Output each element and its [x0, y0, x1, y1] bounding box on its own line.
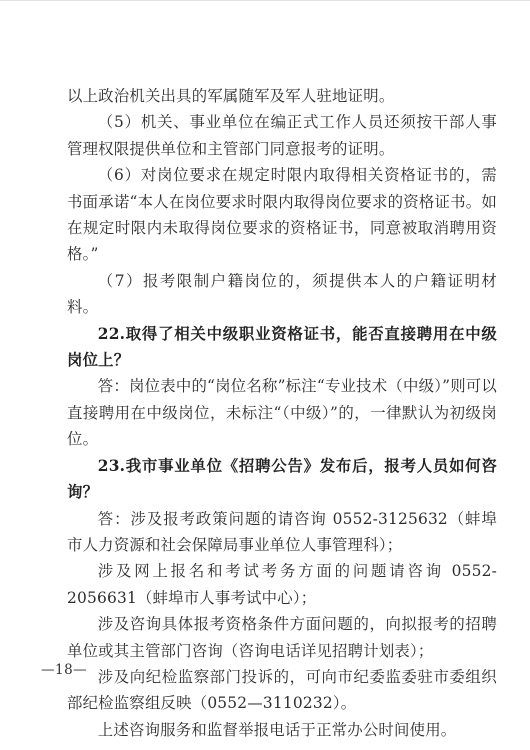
paragraph: 以上政治机关出具的军属随军及军人驻地证明。	[67, 83, 497, 109]
paragraph: 答：岗位表中的“岗位名称”标注“专业技术（中级）”则可以直接聘用在中级岗位，未标…	[67, 373, 497, 452]
paragraph: 上述咨询服务和监督举报电话于正常办公时间使用。	[67, 717, 497, 743]
page-number: —18—	[41, 662, 87, 678]
paragraph: （5）机关、事业单位在编正式工作人员还须按干部人事管理权限提供单位和主管部门同意…	[67, 109, 497, 162]
paragraph: （6）对岗位要求在规定时限内取得相关资格证书的，需书面承诺“本人在岗位要求时限内…	[67, 162, 497, 268]
paragraph: 涉及咨询具体报考资格条件方面问题的，向拟报考的招聘单位或其主管部门咨询（咨询电话…	[67, 611, 497, 664]
paragraph: 涉及网上报名和考试考务方面的问题请咨询 0552-2056631（蚌埠市人事考试…	[67, 558, 497, 611]
question-heading: 22.取得了相关中级职业资格证书，能否直接聘用在中级岗位上？	[67, 321, 497, 374]
paragraph: 答：涉及报考政策问题的请咨询 0552-3125632（蚌埠市人力资源和社会保障…	[67, 506, 497, 559]
question-heading: 23.我市事业单位《招聘公告》发布后，报考人员如何咨询？	[67, 453, 497, 506]
paragraph: 涉及向纪检监察部门投诉的，可向市纪委监委驻市委组织部纪检监察组反映（0552—3…	[67, 664, 497, 717]
document-body: 以上政治机关出具的军属随军及军人驻地证明。（5）机关、事业单位在编正式工作人员还…	[67, 83, 497, 743]
paragraph: （7）报考限制户籍岗位的，须提供本人的户籍证明材料。	[67, 268, 497, 321]
document-page: 以上政治机关出具的军属随军及军人驻地证明。（5）机关、事业单位在编正式工作人员还…	[0, 0, 530, 750]
